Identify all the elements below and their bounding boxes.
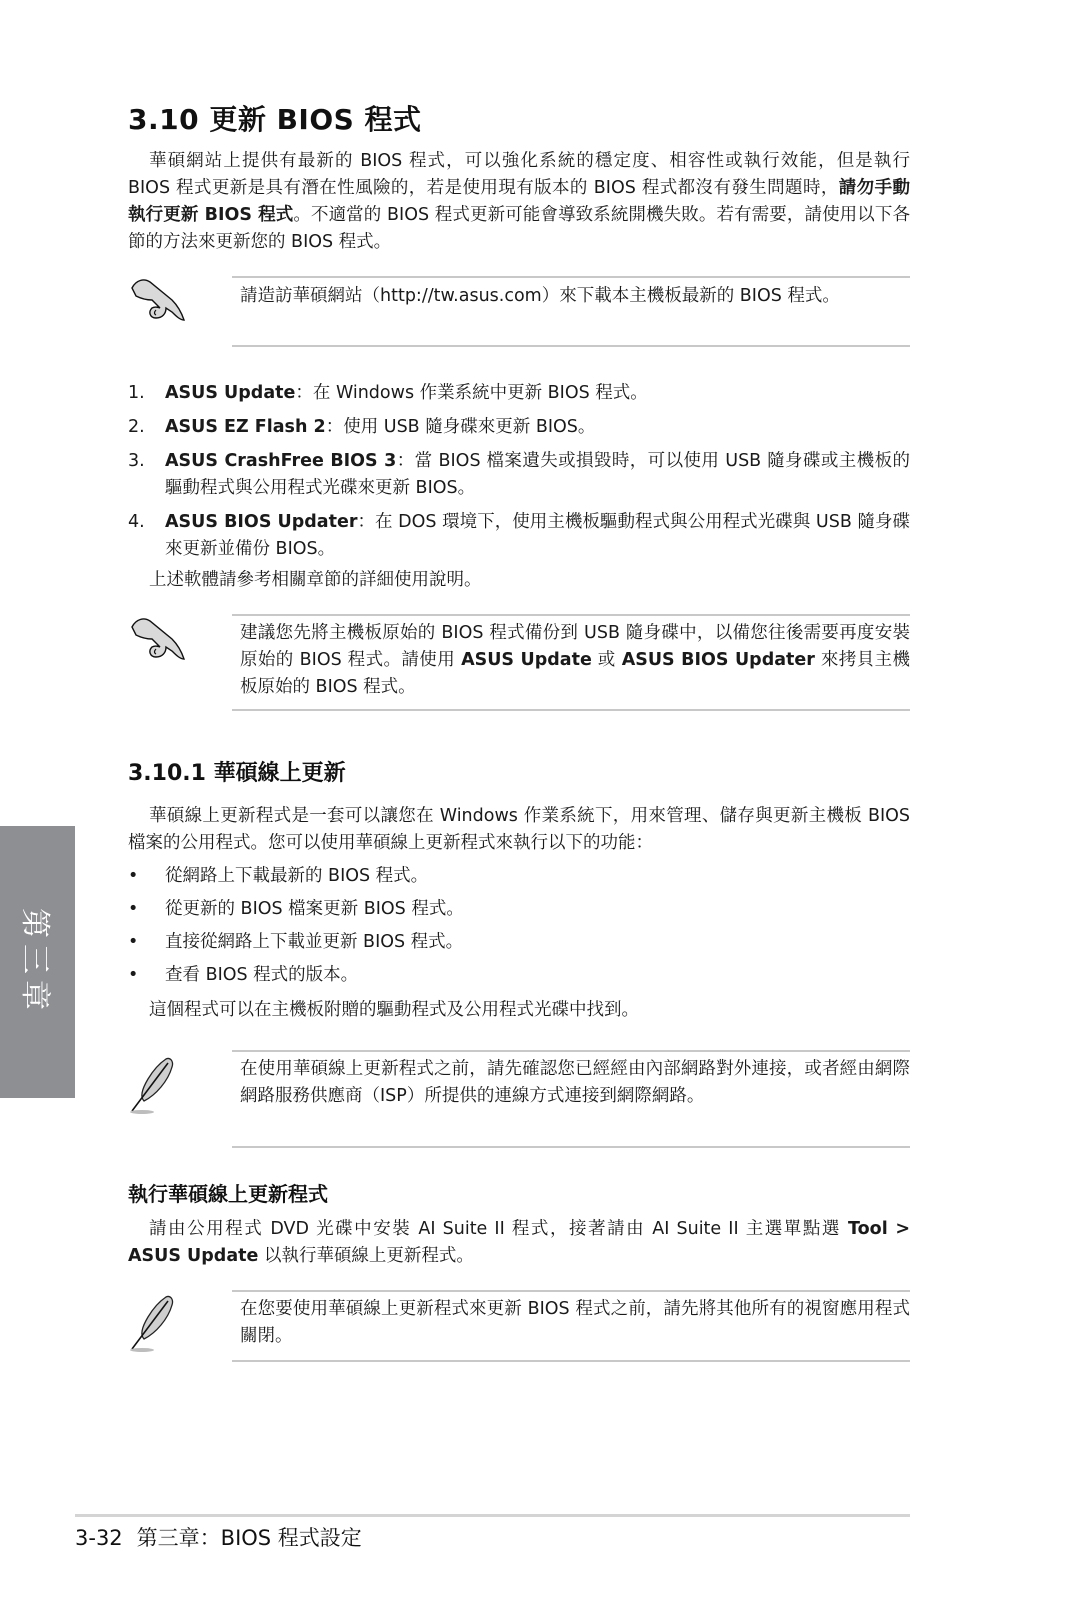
list-item: 1.ASUS Update：在 Windows 作業系統中更新 BIOS 程式。 — [128, 380, 910, 407]
note-top-rule — [232, 1290, 910, 1292]
note-text: 請造訪華碩網站（http://tw.asus.com）來下載本主機板最新的 BI… — [240, 283, 910, 310]
bullet: • — [128, 962, 138, 989]
chapter-side-tab: 第三章 — [0, 826, 75, 1098]
method-name: ASUS Update — [165, 383, 295, 403]
chapter-side-tab-label: 第三章 — [16, 908, 60, 1016]
features-list: •從網路上下載最新的 BIOS 程式。 •從更新的 BIOS 檔案更新 BIOS… — [128, 863, 910, 989]
note-text: 在使用華碩線上更新程式之前，請先確認您已經經由內部網路對外連接，或者經由網際網路… — [240, 1056, 910, 1110]
features-footer-text: 這個程式可以在主機板附贈的驅動程式及公用程式光碟中找到。 — [149, 997, 909, 1024]
note-bottom-rule — [232, 709, 910, 711]
pointing-hand-icon — [126, 270, 190, 330]
page-number: 3-32 — [75, 1526, 123, 1550]
bullet: • — [128, 863, 138, 890]
note-bottom-rule — [232, 1360, 910, 1362]
intro-paragraph: 華碩網站上提供有最新的 BIOS 程式，可以強化系統的穩定度、相容性或執行效能，… — [128, 148, 910, 256]
list-item: •從網路上下載最新的 BIOS 程式。 — [128, 863, 910, 890]
note-bottom-rule — [232, 345, 910, 347]
methods-footer-text: 上述軟體請參考相關章節的詳細使用說明。 — [149, 567, 909, 594]
list-item: •從更新的 BIOS 檔案更新 BIOS 程式。 — [128, 896, 910, 923]
list-item: 2.ASUS EZ Flash 2：使用 USB 隨身碟來更新 BIOS。 — [128, 414, 910, 441]
launch-paragraph: 請由公用程式 DVD 光碟中安裝 AI Suite II 程式，接著請由 AI … — [128, 1216, 910, 1270]
section-title: 3.10 更新 BIOS 程式 — [128, 98, 422, 138]
list-item: 4.ASUS BIOS Updater：在 DOS 環境下，使用主機板驅動程式與… — [128, 509, 910, 563]
footer-chapter-title: 第三章：BIOS 程式設定 — [137, 1526, 362, 1550]
launch-heading: 執行華碩線上更新程式 — [128, 1178, 328, 1207]
feather-pen-icon — [126, 1055, 176, 1117]
bullet: • — [128, 929, 138, 956]
bullet: • — [128, 896, 138, 923]
list-item: 3.ASUS CrashFree BIOS 3：當 BIOS 檔案遺失或損毀時，… — [128, 448, 910, 502]
footer-rule — [75, 1514, 910, 1517]
note-top-rule — [232, 276, 910, 278]
page-footer: 3-32第三章：BIOS 程式設定 — [75, 1522, 362, 1552]
method-name: ASUS EZ Flash 2 — [165, 417, 326, 437]
subsection-title: 3.10.1 華碩線上更新 — [128, 756, 346, 787]
note-top-rule — [232, 614, 910, 616]
subsection-intro: 華碩線上更新程式是一套可以讓您在 Windows 作業系統下，用來管理、儲存與更… — [128, 803, 910, 857]
update-methods-list: 1.ASUS Update：在 Windows 作業系統中更新 BIOS 程式。… — [128, 380, 910, 563]
intro-text-part1: 華碩網站上提供有最新的 BIOS 程式，可以強化系統的穩定度、相容性或執行效能，… — [128, 151, 910, 198]
method-name: ASUS BIOS Updater — [165, 512, 357, 532]
pointing-hand-icon — [126, 609, 190, 669]
note-text: 建議您先將主機板原始的 BIOS 程式備份到 USB 隨身碟中，以備您往後需要再… — [240, 620, 910, 701]
list-item: •直接從網路上下載並更新 BIOS 程式。 — [128, 929, 910, 956]
note-top-rule — [232, 1050, 910, 1052]
note-text: 在您要使用華碩線上更新程式來更新 BIOS 程式之前，請先將其他所有的視窗應用程… — [240, 1296, 910, 1350]
feather-pen-icon — [126, 1293, 176, 1355]
note-bottom-rule — [232, 1146, 910, 1148]
method-name: ASUS CrashFree BIOS 3 — [165, 451, 396, 471]
list-item: •查看 BIOS 程式的版本。 — [128, 962, 910, 989]
